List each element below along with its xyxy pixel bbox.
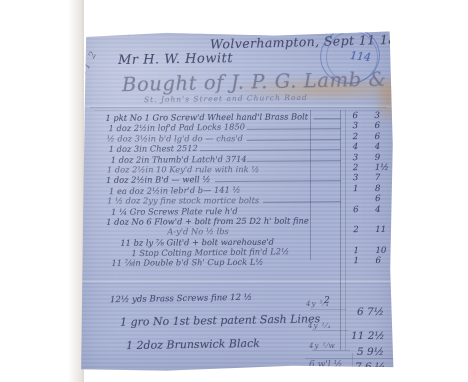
ruled-dash [247, 139, 341, 141]
bottom-row-brunswick-black: 1 2doz Brunswick Black [126, 337, 260, 352]
invoice-title: Bought of J. P. G. Lamb & Co [122, 67, 422, 96]
price-shillings: 1 [353, 184, 359, 194]
item-text: 1 ½ doz 2yy fine stock mortice bolts [107, 195, 259, 205]
price-shillings: 2 [353, 132, 359, 142]
item-text: 1 doz 2½in 10 Key'd rule with ink ½ [107, 164, 259, 174]
rate-fraction-1: 4y ⁵⁄₄ [306, 300, 329, 308]
line-items-list: 1 pkt No 1 Gro Screw'd Wheel hand'l Bras… [105, 111, 344, 269]
price-shillings: 2 [353, 163, 359, 173]
item-text: A-y'd No ½ lbs [167, 226, 229, 236]
fraction-rule-3 [312, 350, 350, 351]
item-text: 1 doz 3in Chest 2512 [109, 143, 198, 154]
invoice-subtitle: St. John's Street and Church Road [144, 93, 308, 104]
item-text: 1 ea doz 2½in lebr'd b— 141 ½ [109, 184, 241, 196]
price-brunswick-black: 11 2½ [351, 330, 385, 342]
price-shillings: 6 [353, 205, 359, 215]
blue-pencil-number: 114 [349, 49, 371, 64]
price-pence: 3 [374, 111, 380, 121]
ruled-dash [215, 181, 341, 183]
price-pence: 1½ [375, 163, 389, 173]
price-pence: 7 [375, 173, 381, 183]
price-pence: 10 [375, 246, 386, 256]
price-pence: 11 [375, 225, 386, 235]
invoice-line-item: 11 ⅞in Double b'd Sh' Cup Lock L½16 [106, 257, 344, 269]
bottom-row-brass-screws: 12½ yds Brass Screws fine 12 ½ [110, 293, 252, 305]
rate-fraction-3: 4y ²⁄w [309, 342, 336, 350]
bottom-row-sash-lines: 1 gro No 1st best patent Sash Lines [120, 312, 320, 328]
money-rule-2 [345, 110, 346, 350]
margin-pencil-number: 78 [125, 24, 141, 39]
item-text: ½ doz 3½in b'd lg'd do — chas'd [107, 133, 243, 143]
price-shillings: 4 [353, 142, 359, 152]
price-shillings: 6 [352, 111, 358, 121]
price-extra: 5 9½ [357, 346, 384, 358]
ruled-dash [247, 160, 341, 162]
ruled-dash [313, 118, 340, 119]
price-shillings: 2 [353, 225, 359, 235]
total-rule [305, 358, 393, 359]
price-pence: 6 [375, 121, 381, 131]
addressee-line: Mr H. W. Howitt [118, 51, 233, 68]
price-shillings: 3 [353, 173, 359, 183]
price-pence: 4 [375, 204, 381, 214]
price-sash-lines: 6 7½ [357, 306, 384, 318]
price-pence: 6 [375, 132, 381, 142]
ruled-dash [247, 129, 341, 131]
price-shillings: 1 [353, 257, 359, 267]
ruled-dash [200, 149, 341, 151]
fraction-rule-2 [312, 330, 348, 331]
scanned-invoice-canvas: 1851 2 78 Wolverhampton, Sept 11 1851 Mr… [0, 0, 468, 382]
paper-crease-bottom [78, 280, 394, 285]
item-text: 1 doz 2½in B'd — well ½ [106, 174, 211, 185]
scan-edge-shadow [68, 0, 84, 382]
total-divider [352, 353, 353, 373]
price-shillings: 3 [353, 153, 359, 163]
item-text: 11 ⅞in Double b'd Sh' Cup Lock L½ [111, 257, 263, 268]
ruled-dash [263, 201, 341, 203]
price-pence: 4 [375, 142, 381, 152]
item-text: 1 doz 2in Thumb'd Latch'd 3714 [111, 153, 247, 164]
fraction-rule-1 [310, 309, 346, 310]
price-shillings: 3 [353, 121, 359, 131]
invoice-paper: 1851 2 78 Wolverhampton, Sept 11 1851 Mr… [78, 28, 394, 372]
price-pence: 8 [375, 184, 381, 194]
header-rule-1 [90, 107, 386, 108]
price-shillings: 1 [353, 246, 359, 256]
item-text: 1 ¼ Gro Screws Plate rule h'd [111, 205, 238, 216]
price-pence: 6 [375, 256, 381, 266]
place-date-line: Wolverhampton, Sept 11 1851 [210, 31, 414, 51]
rate-fraction-2: 4y ²⁄₄ [308, 322, 331, 330]
price-pence: 9 [375, 152, 381, 162]
total-carried-left: 6 w'l ½ [309, 360, 342, 370]
total-amount: 7 6 ¼ [355, 361, 385, 373]
price-pence: 6 [375, 194, 381, 204]
